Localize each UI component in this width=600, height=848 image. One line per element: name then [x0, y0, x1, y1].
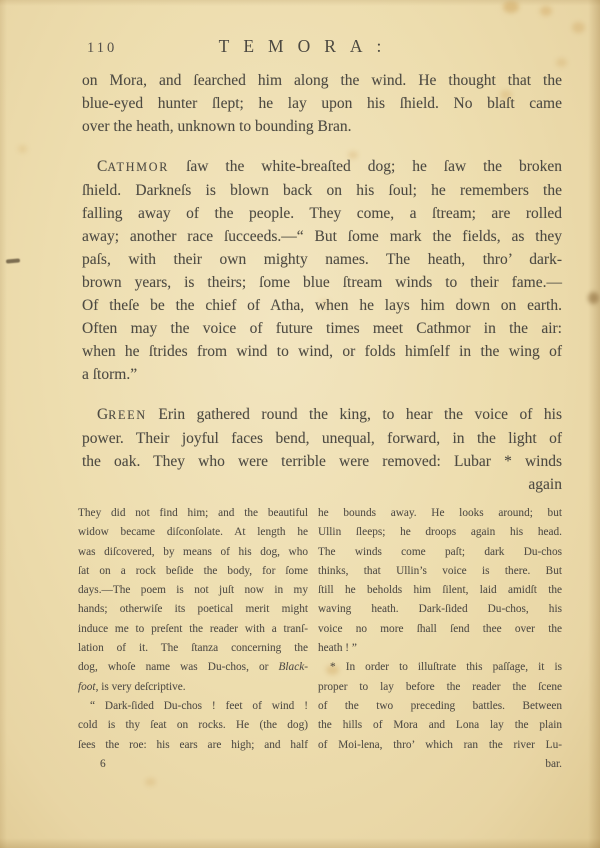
text-line: of the two preceding battles. Between [318, 697, 562, 716]
text-segment: is very deſcriptive. [98, 681, 185, 693]
text-segment: Often may the voice of future times meet… [82, 320, 562, 337]
text-line: brown years, is theirs; ſome blue ſtream… [82, 271, 562, 294]
text-segment: of Moi-lena, thro’ which ran the river L… [318, 739, 562, 751]
text-segment: thinks, that Ullin’s voice is there. But [318, 565, 562, 577]
margin-ink-mark [6, 258, 20, 263]
text-line: induce me to preſent the reader with a t… [78, 620, 308, 639]
footnote-column-left: They did not find him; and the beautiful… [78, 504, 308, 774]
text-line: ſhield. Darkneſs is blown back on his ſo… [82, 179, 562, 202]
text-line: widow became diſconſolate. At length he [78, 523, 308, 542]
catchword-main: again [82, 473, 562, 496]
text-segment: days.—The poem is not juſt now in my [78, 584, 308, 596]
footnote-right-lines: he bounds away. He looks around; butUlli… [318, 504, 562, 755]
text-segment: induce me to preſent the reader with a t… [78, 623, 308, 635]
text-line: voice no more ſhall ſend thee over the [318, 620, 562, 639]
text-line: falling away of the people. They come, a… [82, 202, 562, 225]
text-line: ſtill he beholds him ſilent, laid amidſt… [318, 581, 562, 600]
text-segment: G [97, 406, 108, 423]
text-line: blue-eyed hunter ſlept; he lay upon his … [82, 92, 562, 115]
text-segment: of the two preceding battles. Between [318, 700, 562, 712]
text-segment: the hills of Mora and Lona lay the plain [318, 719, 562, 731]
text-line: of Moi-lena, thro’ which ran the river L… [318, 736, 562, 755]
text-line: a ſtorm.” [82, 363, 562, 386]
text-segment: The winds come paſt; dark Du-chos [318, 546, 562, 558]
text-segment: ſaw the white-breaſted dog; he ſaw the b… [169, 158, 562, 175]
text-line: when he ſtrides from wind to wind, or fo… [82, 340, 562, 363]
text-segment: falling away of the people. They come, a… [82, 205, 562, 222]
foxing-spot [572, 22, 585, 33]
text-segment: Erin gathered round the king, to hear th… [147, 406, 562, 423]
text-segment: ſees the roe: his ears are high; and hal… [78, 739, 308, 751]
italic-text: foot, [78, 681, 98, 693]
text-line: Of theſe be the chief of Atha, when he l… [82, 294, 562, 317]
text-line: ſees the roe: his ears are high; and hal… [78, 736, 308, 755]
signature-mark: 6 [78, 755, 308, 774]
paragraph: GREEN Erin gathered round the king, to h… [82, 403, 562, 473]
foxing-spot [556, 58, 567, 67]
text-segment: C [97, 158, 107, 175]
smallcaps-text: ATHMOR [107, 160, 169, 174]
text-segment: blue-eyed hunter ſlept; he lay upon his … [82, 95, 562, 112]
text-segment: he bounds away. He looks around; but [318, 507, 562, 519]
text-segment: widow became diſconſolate. At length he [78, 526, 308, 538]
text-line: lation of it. The ſtanza concerning the [78, 639, 308, 658]
text-segment: Of theſe be the chief of Atha, when he l… [82, 297, 562, 314]
page-edge-shadow-bottom [0, 838, 600, 848]
text-segment: “ Dark-ſided Du-chos ! feet of wind ! [90, 700, 308, 712]
text-segment: hands; otherwiſe its poetical merit migh… [78, 603, 308, 615]
foxing-spot [18, 145, 27, 153]
text-line: hands; otherwiſe its poetical merit migh… [78, 600, 308, 619]
foxing-spot [588, 292, 599, 304]
text-segment: voice no more ſhall ſend thee over the [318, 623, 562, 635]
text-segment: on Mora, and ſearched him along the wind… [82, 72, 562, 89]
footnote-column-right: he bounds away. He looks around; butUlli… [318, 504, 562, 774]
text-segment: over the heath, unknown to bounding Bran… [82, 118, 351, 135]
text-segment: a ſtorm.” [82, 366, 137, 383]
text-segment: ſtill he beholds him ſilent, laid amidſt… [318, 584, 562, 596]
text-segment: proper to lay before the reader the ſcen… [318, 681, 562, 693]
foxing-spot [145, 778, 156, 786]
text-line: the oak. They who were terrible were rem… [82, 450, 562, 473]
text-line: was diſcovered, by means of his dog, who [78, 543, 308, 562]
text-segment: brown years, is theirs; ſome blue ſtream… [82, 274, 562, 291]
page-edge-shadow-left [0, 0, 7, 848]
text-segment: Ullin ſleeps; he droops again his head. [318, 526, 562, 538]
text-line: Ullin ſleeps; he droops again his head. [318, 523, 562, 542]
text-line: foot, is very deſcriptive. [78, 678, 308, 697]
footnotes-block: They did not find him; and the beautiful… [78, 504, 562, 774]
page-edge-shadow-right [588, 0, 600, 848]
text-segment: heath ! ” [318, 642, 357, 654]
text-line: Often may the voice of future times meet… [82, 317, 562, 340]
running-title: TEMORA: [0, 36, 600, 57]
text-segment: dog, whoſe name was Du-chos, or [78, 661, 279, 673]
text-line: waving heath. Dark-ſided Du-chos, his [318, 600, 562, 619]
text-segment: ſat on a rock beſide the body, for ſome [78, 565, 308, 577]
text-line: ſat on a rock beſide the body, for ſome [78, 562, 308, 581]
paragraphs-container: on Mora, and ſearched him along the wind… [82, 69, 562, 473]
text-segment: lation of it. The ſtanza concerning the [78, 642, 308, 654]
catchword-footnote: bar. [318, 755, 562, 774]
text-line: GREEN Erin gathered round the king, to h… [82, 403, 562, 427]
text-line: The winds come paſt; dark Du-chos [318, 543, 562, 562]
text-line: he bounds away. He looks around; but [318, 504, 562, 523]
text-segment: waving heath. Dark-ſided Du-chos, his [318, 603, 562, 615]
text-line: on Mora, and ſearched him along the wind… [82, 69, 562, 92]
italic-text: Black- [279, 661, 308, 673]
text-segment: They did not find him; and the beautiful [78, 507, 308, 519]
foxing-spot [503, 1, 519, 13]
text-line: heath ! ” [318, 639, 562, 658]
text-line: power. Their joyful faces bend, unequal,… [82, 427, 562, 450]
paragraph: on Mora, and ſearched him along the wind… [82, 69, 562, 138]
text-segment: * In order to illuſtrate this paſſage, i… [330, 661, 562, 673]
text-segment: ſhield. Darkneſs is blown back on his ſo… [82, 182, 562, 199]
text-line: * In order to illuſtrate this paſſage, i… [318, 658, 562, 677]
text-segment: the oak. They who were terrible were rem… [82, 453, 562, 470]
foxing-spot [540, 6, 552, 16]
text-line: dog, whoſe name was Du-chos, or Black- [78, 658, 308, 677]
text-line: thinks, that Ullin’s voice is there. But [318, 562, 562, 581]
text-line: cold is thy ſeat on rocks. He (the dog) [78, 716, 308, 735]
text-segment: was diſcovered, by means of his dog, who [78, 546, 308, 558]
smallcaps-text: REEN [108, 408, 147, 422]
text-line: They did not find him; and the beautiful [78, 504, 308, 523]
text-line: proper to lay before the reader the ſcen… [318, 678, 562, 697]
text-line: the hills of Mora and Lona lay the plain [318, 716, 562, 735]
text-segment: away; another race ſucceeds.—“ But ſome … [82, 228, 562, 245]
page-edge-shadow-top [0, 0, 600, 6]
text-line: away; another race ſucceeds.—“ But ſome … [82, 225, 562, 248]
text-line: paſs, with their own mighty names. The h… [82, 248, 562, 271]
text-line: “ Dark-ſided Du-chos ! feet of wind ! [78, 697, 308, 716]
text-segment: cold is thy ſeat on rocks. He (the dog) [78, 719, 308, 731]
text-segment: paſs, with their own mighty names. The h… [82, 251, 562, 268]
text-segment: power. Their joyful faces bend, unequal,… [82, 430, 562, 447]
text-line: days.—The poem is not juſt now in my [78, 581, 308, 600]
text-segment: when he ſtrides from wind to wind, or fo… [82, 343, 562, 360]
text-line: over the heath, unknown to bounding Bran… [82, 115, 562, 138]
paragraph: CATHMOR ſaw the white-breaſted dog; he ſ… [82, 155, 562, 386]
main-text-block: on Mora, and ſearched him along the wind… [82, 69, 562, 496]
footnote-left-lines: They did not find him; and the beautiful… [78, 504, 308, 755]
text-line: CATHMOR ſaw the white-breaſted dog; he ſ… [82, 155, 562, 179]
book-page-scan: { "page": { "number": "110", "running_ti… [0, 0, 600, 848]
